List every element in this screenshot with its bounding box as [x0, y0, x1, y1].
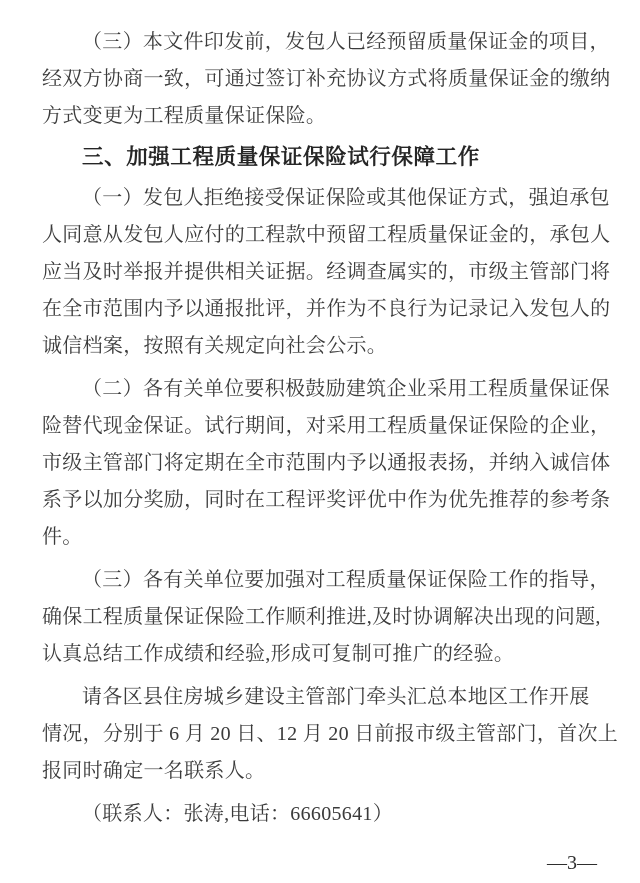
text-line: 诚信档案，按照有关规定向社会公示。: [42, 328, 622, 365]
text-line: 系予以加分奖励，同时在工程评奖评优中作为优先推荐的参考条: [42, 482, 622, 519]
section-heading: 三、加强工程质量保证保险试行保障工作: [42, 139, 622, 176]
text-line: 险替代现金保证。试行期间，对采用工程质量保证保险的企业，: [42, 408, 622, 445]
text-line: 请各区县住房城乡建设主管部门牵头汇总本地区工作开展: [42, 679, 622, 716]
text-line: 件。: [42, 519, 622, 556]
text-line: 人同意从发包人应付的工程款中预留工程质量保证金的，承包人: [42, 217, 622, 254]
text-line: 报同时确定一名联系人。: [42, 753, 622, 790]
text-line: 确保工程质量保证保险工作顺利推进,及时协调解决出现的问题,: [42, 599, 622, 636]
text-line: （三）各有关单位要加强对工程质量保证保险工作的指导，: [42, 562, 622, 599]
text-line: （三）本文件印发前，发包人已经预留质量保证金的项目，: [42, 24, 622, 61]
document-page: （三）本文件印发前，发包人已经预留质量保证金的项目，经双方协商一致，可通过签订补…: [0, 0, 640, 883]
document-lines: （三）本文件印发前，发包人已经预留质量保证金的项目，经双方协商一致，可通过签订补…: [42, 24, 622, 833]
text-line: 情况，分别于 6 月 20 日、12 月 20 日前报市级主管部门，首次上: [42, 716, 622, 753]
text-line: 在全市范围内予以通报批评，并作为不良行为记录记入发包人的: [42, 291, 622, 328]
text-line: （一）发包人拒绝接受保证保险或其他保证方式，强迫承包: [42, 180, 622, 217]
text-line: （二）各有关单位要积极鼓励建筑企业采用工程质量保证保: [42, 371, 622, 408]
text-line: 认真总结工作成绩和经验,形成可复制可推广的经验。: [42, 636, 622, 673]
text-line: （联系人：张涛,电话：66605641）: [42, 796, 622, 833]
page-number: —3—: [547, 852, 597, 875]
text-line: 市级主管部门将定期在全市范围内予以通报表扬，并纳入诚信体: [42, 445, 622, 482]
text-line: 应当及时举报并提供相关证据。经调查属实的，市级主管部门将: [42, 254, 622, 291]
text-line: 经双方协商一致，可通过签订补充协议方式将质量保证金的缴纳: [42, 61, 622, 98]
text-line: 方式变更为工程质量保证保险。: [42, 98, 622, 135]
